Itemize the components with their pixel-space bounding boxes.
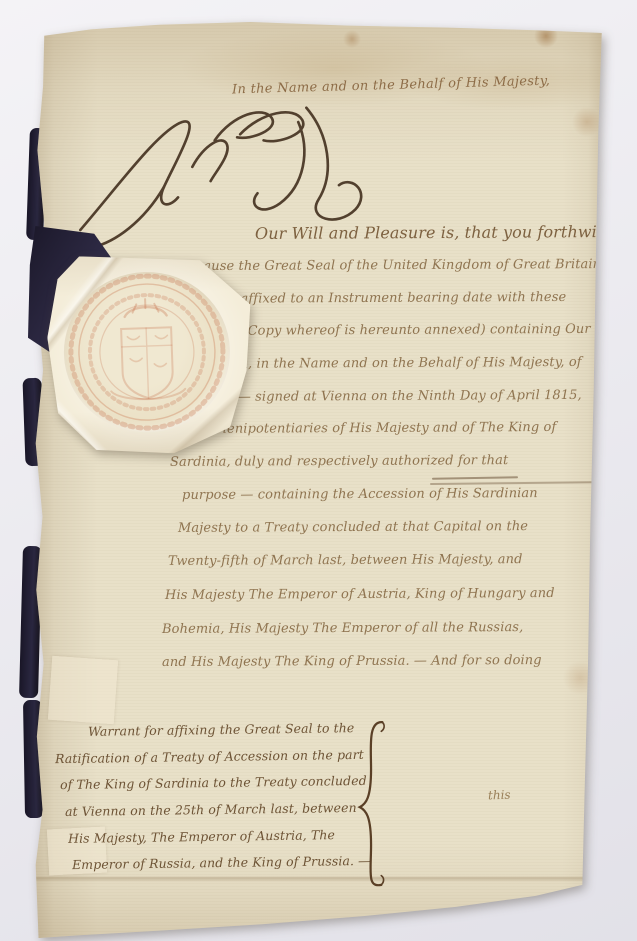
- seal-paper-cover: [45, 251, 256, 458]
- docket-line: Warrant for affixing the Great Seal to t…: [88, 720, 355, 739]
- ink-brace: [350, 716, 388, 892]
- docket-line: at Vienna on the 25th of March last, bet…: [65, 800, 357, 819]
- docket-line: Emperor of Russia, and the King of Pruss…: [72, 853, 371, 872]
- manuscript-line: Twenty-fifth of March last, between His …: [168, 552, 523, 569]
- tape-repair: [48, 656, 118, 724]
- manuscript-line: His Majesty The Emperor of Austria, King…: [165, 586, 555, 603]
- document-photograph: In the Name and on the Behalf of His Maj…: [0, 0, 637, 941]
- manuscript-line: Our Will and Pleasure is, that you forth…: [255, 222, 614, 243]
- manuscript-page-wrap: In the Name and on the Behalf of His Maj…: [34, 22, 604, 938]
- docket-line: Ratification of a Treaty of Accession on…: [55, 747, 364, 766]
- manuscript-line: Sardinia, duly and respectively authoriz…: [170, 453, 508, 470]
- manuscript-line: cause the Great Seal of the United Kingd…: [196, 257, 630, 274]
- ink-underline: [430, 481, 618, 485]
- manuscript-line: Majesty to a Treaty concluded at that Ca…: [178, 519, 528, 536]
- manuscript-line: purpose — containing the Accession of Hi…: [182, 486, 538, 503]
- wafer-seal: [48, 254, 252, 454]
- docket-line: His Majesty, The Emperor of Austria, The: [68, 827, 335, 846]
- manuscript-page: In the Name and on the Behalf of His Maj…: [34, 22, 604, 938]
- ink-underline: [432, 476, 518, 480]
- great-seal-impression: [61, 269, 232, 435]
- manuscript-line: Bohemia, His Majesty The Emperor of all …: [162, 620, 523, 637]
- invocation-heading: In the Name and on the Behalf of His Maj…: [232, 74, 550, 98]
- catchword: this: [488, 788, 511, 803]
- docket-line: of The King of Sardinia to the Treaty co…: [60, 773, 367, 792]
- manuscript-line: and His Majesty The King of Prussia. — A…: [162, 653, 542, 670]
